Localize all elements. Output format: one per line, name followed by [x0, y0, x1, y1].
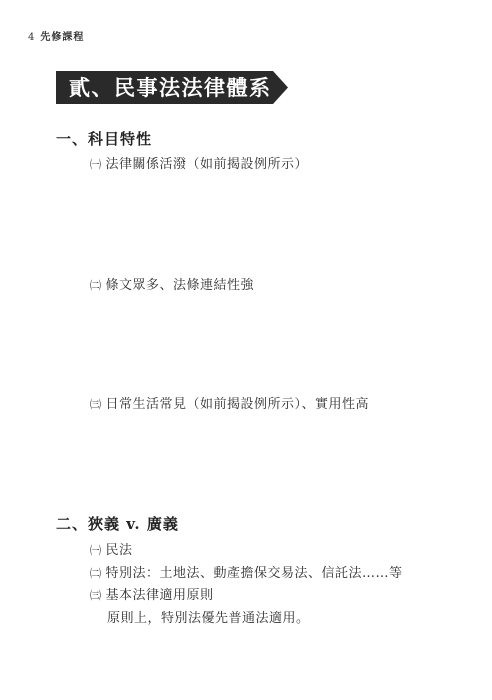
item-text: 基本法律適用原則 — [106, 588, 214, 603]
list-item: ㈢日常生活常見（如前揭設例所示）、實用性高 — [90, 393, 369, 412]
item-text: 特別法：土地法、動產擔保交易法、信託法……等 — [106, 566, 403, 581]
item-text: 民法 — [106, 543, 133, 558]
page-header: 4先修課程 — [28, 28, 84, 43]
item-text: 條文眾多、法條連結性強 — [106, 278, 255, 293]
item-marker: ㈡ — [90, 279, 102, 292]
chapter-title: 貳、民事法法律體系 — [69, 74, 272, 101]
section-heading-1: 一、科目特性 — [56, 128, 152, 149]
list-item: ㈢基本法律適用原則 — [90, 584, 214, 603]
page-number: 4 — [28, 32, 35, 43]
item-marker: ㈡ — [90, 567, 102, 580]
chapter-banner: 貳、民事法法律體系 — [56, 71, 288, 104]
list-item: ㈡條文眾多、法條連結性強 — [90, 274, 254, 293]
book-title: 先修課程 — [40, 32, 84, 43]
item-marker: ㈠ — [90, 544, 102, 557]
list-item: ㈡特別法：土地法、動產擔保交易法、信託法……等 — [90, 562, 403, 581]
item-text: 日常生活常見（如前揭設例所示）、實用性高 — [106, 397, 370, 412]
list-item: ㈠民法 — [90, 539, 133, 558]
item-text: 法律關係活潑（如前揭設例所示） — [106, 157, 309, 172]
principle-note: 原則上，特別法優先普通法適用。 — [107, 607, 310, 626]
item-marker: ㈢ — [90, 398, 102, 411]
section-heading-2: 二、狹義 v. 廣義 — [56, 513, 179, 534]
list-item: ㈠法律關係活潑（如前揭設例所示） — [90, 153, 308, 172]
item-marker: ㈢ — [90, 589, 102, 602]
item-marker: ㈠ — [90, 158, 102, 171]
